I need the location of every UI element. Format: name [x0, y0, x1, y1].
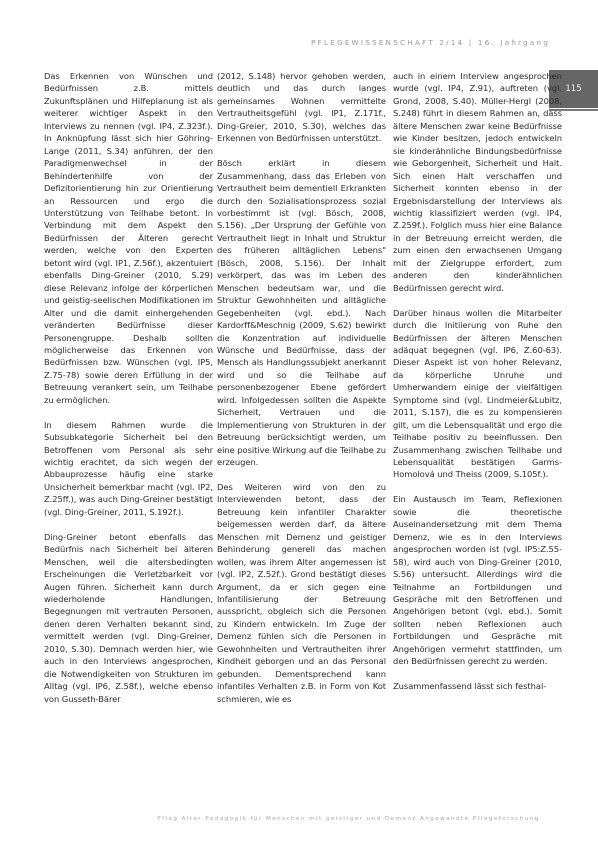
page-footer: Pfleg Alter Pedagogik für Menschen mit g… — [136, 816, 561, 822]
text-column-middle: (2012, S.148) hervor gehoben werden, deu… — [217, 70, 386, 718]
paragraph: Ding-Greiner betont ebenfalls das Bedürf… — [44, 531, 213, 705]
paragraph: Ein Austausch im Team, Reflexionen sowie… — [393, 493, 562, 667]
text-column-right: auch in einem Interview angesprochen wur… — [393, 70, 562, 705]
paragraph: Zusammenfassend lässt sich festhal- — [393, 680, 562, 692]
paragraph: Das Erkennen von Wünschen und Bedürfniss… — [44, 70, 213, 406]
paragraph: Bösch erklärt in diesem Zusammenhang, da… — [217, 157, 386, 468]
paragraph: (2012, S.148) hervor gehoben werden, deu… — [217, 70, 386, 145]
paragraph: auch in einem Interview angesprochen wur… — [393, 70, 562, 294]
running-head: PFLEGEWISSENSCHAFT 2/14 | 16. Jahrgang — [300, 38, 550, 47]
paragraph: Des Weiteren wird von den zu Interviewen… — [217, 481, 386, 705]
paragraph: In diesem Rahmen wurde die Subsubkategor… — [44, 419, 213, 519]
paragraph: Darüber hinaus wollen die Mitarbeiter du… — [393, 307, 562, 481]
text-column-left: Das Erkennen von Wünschen und Bedürfniss… — [44, 70, 213, 718]
